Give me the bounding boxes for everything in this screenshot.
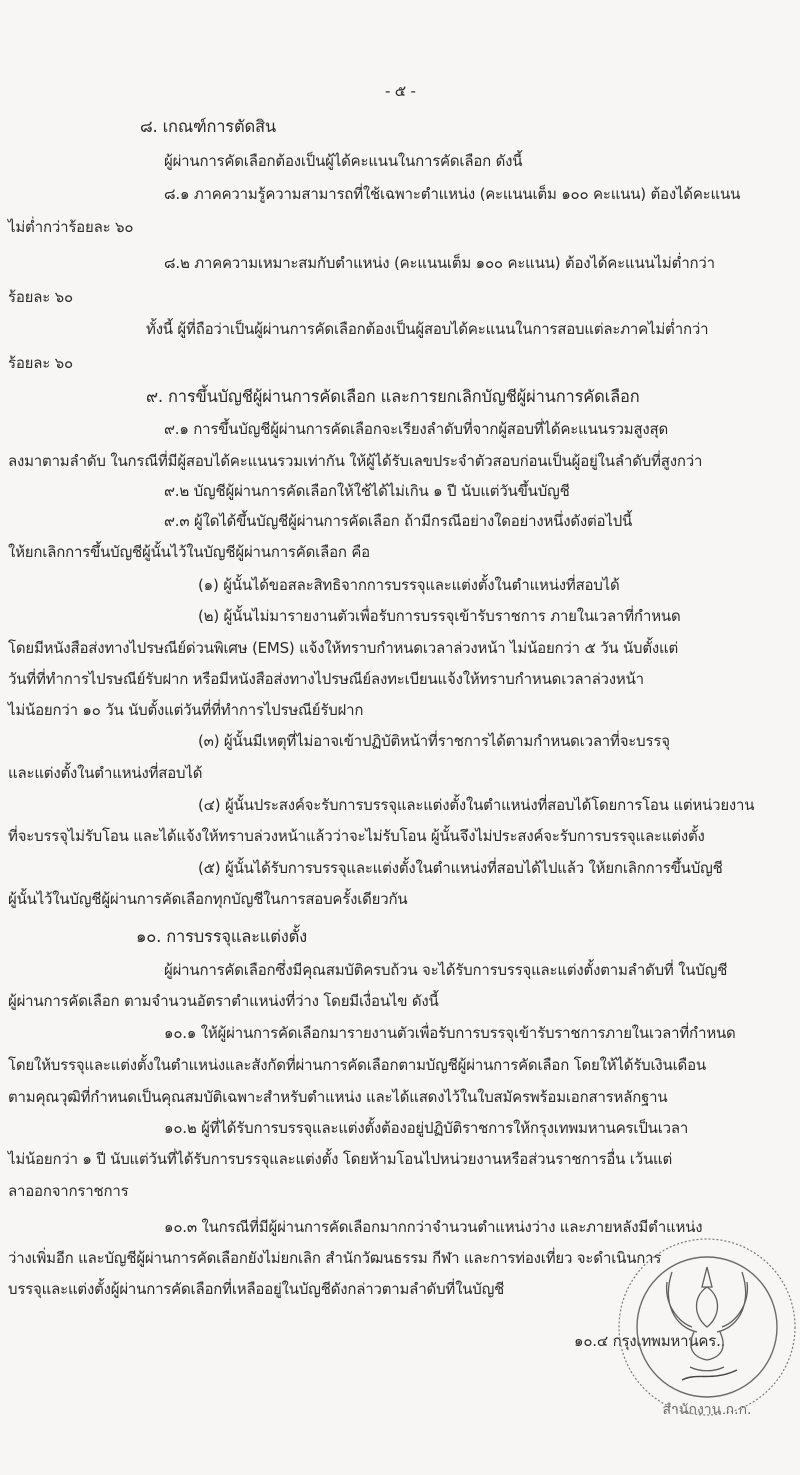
body-text-line: ลงมาตามลำดับ ในกรณีที่มีผู้สอบได้คะแนนรว… xyxy=(8,450,702,472)
page-number: - ๕ - xyxy=(385,80,416,102)
body-text-line: (๒) ผู้นั้นไม่มารายงานตัวเพื่อรับการบรรจ… xyxy=(198,605,681,627)
body-text-line: บรรจุและแต่งตั้งผู้ผ่านการคัดเลือกที่เหล… xyxy=(8,1278,504,1300)
body-text-line: (๕) ผู้นั้นได้รับการบรรจุและแต่งตั้งในตำ… xyxy=(198,857,723,879)
document-page: - ๕ - ๘. เกณฑ์การตัดสินผู้ผ่านการคัดเลือ… xyxy=(0,0,800,1475)
body-text-line: ที่จะบรรจุไม่รับโอน และได้แจ้งให้ทราบล่ว… xyxy=(8,825,705,847)
body-text-line: ร้อยละ ๖๐ xyxy=(8,352,73,374)
body-text-line: ว่างเพิ่มอีก และบัญชีผู้ผ่านการคัดเลือกย… xyxy=(8,1247,661,1269)
body-text-line: ให้ยกเลิกการขึ้นบัญชีผู้นั้นไว้ในบัญชีผู… xyxy=(8,541,370,563)
body-text-line: ลาออกจากราชการ xyxy=(8,1180,128,1202)
body-text-line: ๘.๒ ภาคความเหมาะสมกับตำแหน่ง (คะแนนเต็ม … xyxy=(164,252,715,274)
body-text-line: ทั้งนี้ ผู้ที่ถือว่าเป็นผู้ผ่านการคัดเลื… xyxy=(146,318,708,340)
body-text-line: วันที่ที่ทำการไปรษณีย์รับฝาก หรือมีหนังส… xyxy=(8,668,644,690)
body-text-line: ๑๐.๒ ผู้ที่ได้รับการบรรจุและแต่งตั้งต้อง… xyxy=(164,1117,688,1139)
body-text-line: ๘.๑ ภาคความรู้ความสามารถที่ใช้เฉพาะตำแหน… xyxy=(164,183,740,205)
body-text-line: (๔) ผู้นั้นประสงค์จะรับการบรรจุและแต่งตั… xyxy=(198,794,754,816)
body-text-line: ๙.๑ การขึ้นบัญชีผู้ผ่านการคัดเลือกจะเรีย… xyxy=(164,418,668,440)
body-text-line: ผู้นั้นไว้ในบัญชีผู้ผ่านการคัดเลือกทุกบั… xyxy=(8,888,407,910)
section-heading: ๙. การขึ้นบัญชีผู้ผ่านการคัดเลือก และการ… xyxy=(146,386,640,408)
body-text-line: ๑๐.๑ ให้ผู้ผ่านการคัดเลือกมารายงานตัวเพื… xyxy=(164,1022,736,1044)
body-text-line: (๓) ผู้นั้นมีเหตุที่ไม่อาจเข้าปฏิบัติหน้… xyxy=(198,730,670,752)
body-text-line: ไม่ต่ำกว่าร้อยละ ๖๐ xyxy=(8,216,133,238)
body-text-line: ร้อยละ ๖๐ xyxy=(8,286,73,308)
body-text-line: โดยมีหนังสือส่งทางไปรษณีย์ด่วนพิเศษ (EMS… xyxy=(8,637,678,659)
section-heading: ๑๐. การบรรจุและแต่งตั้ง xyxy=(136,926,307,948)
body-text-line: ๙.๓ ผู้ใดได้ขึ้นบัญชีผู้ผ่านการคัดเลือก … xyxy=(164,510,632,532)
body-text-line: และแต่งตั้งในตำแหน่งที่สอบได้ xyxy=(8,762,202,784)
body-text-line: ไม่น้อยกว่า ๑๐ วัน นับตั้งแต่วันที่ที่ทำ… xyxy=(8,699,363,721)
body-text-line: ผู้ผ่านการคัดเลือกซึ่งมีคุณสมบัติครบถ้วน… xyxy=(164,959,727,981)
body-text-line: ตามคุณวุฒิที่กำหนดเป็นคุณสมบัติเฉพาะสำหร… xyxy=(8,1086,667,1108)
body-text-line: โดยให้บรรจุและแต่งตั้งในตำแหน่งและสังกัด… xyxy=(8,1054,706,1076)
garuda-seal-icon: สำนักงาน ก.ก. xyxy=(612,1232,800,1422)
body-text-line: ผู้ผ่านการคัดเลือก ตามจำนวนอัตราตำแหน่งท… xyxy=(8,990,439,1012)
body-text-line: ผู้ผ่านการคัดเลือกต้องเป็นผู้ได้คะแนนในก… xyxy=(164,150,522,172)
body-text-line: ไม่น้อยกว่า ๑ ปี นับแต่วันที่ได้รับการบร… xyxy=(8,1148,672,1170)
body-text-line: ๙.๒ บัญชีผู้ผ่านการคัดเลือกให้ใช้ได้ไม่เ… xyxy=(164,480,570,502)
svg-text:สำนักงาน ก.ก.: สำนักงาน ก.ก. xyxy=(662,1402,751,1418)
section-heading: ๘. เกณฑ์การตัดสิน xyxy=(140,116,276,138)
body-text-line: (๑) ผู้นั้นได้ขอสละสิทธิจากการบรรจุและแต… xyxy=(198,574,620,596)
